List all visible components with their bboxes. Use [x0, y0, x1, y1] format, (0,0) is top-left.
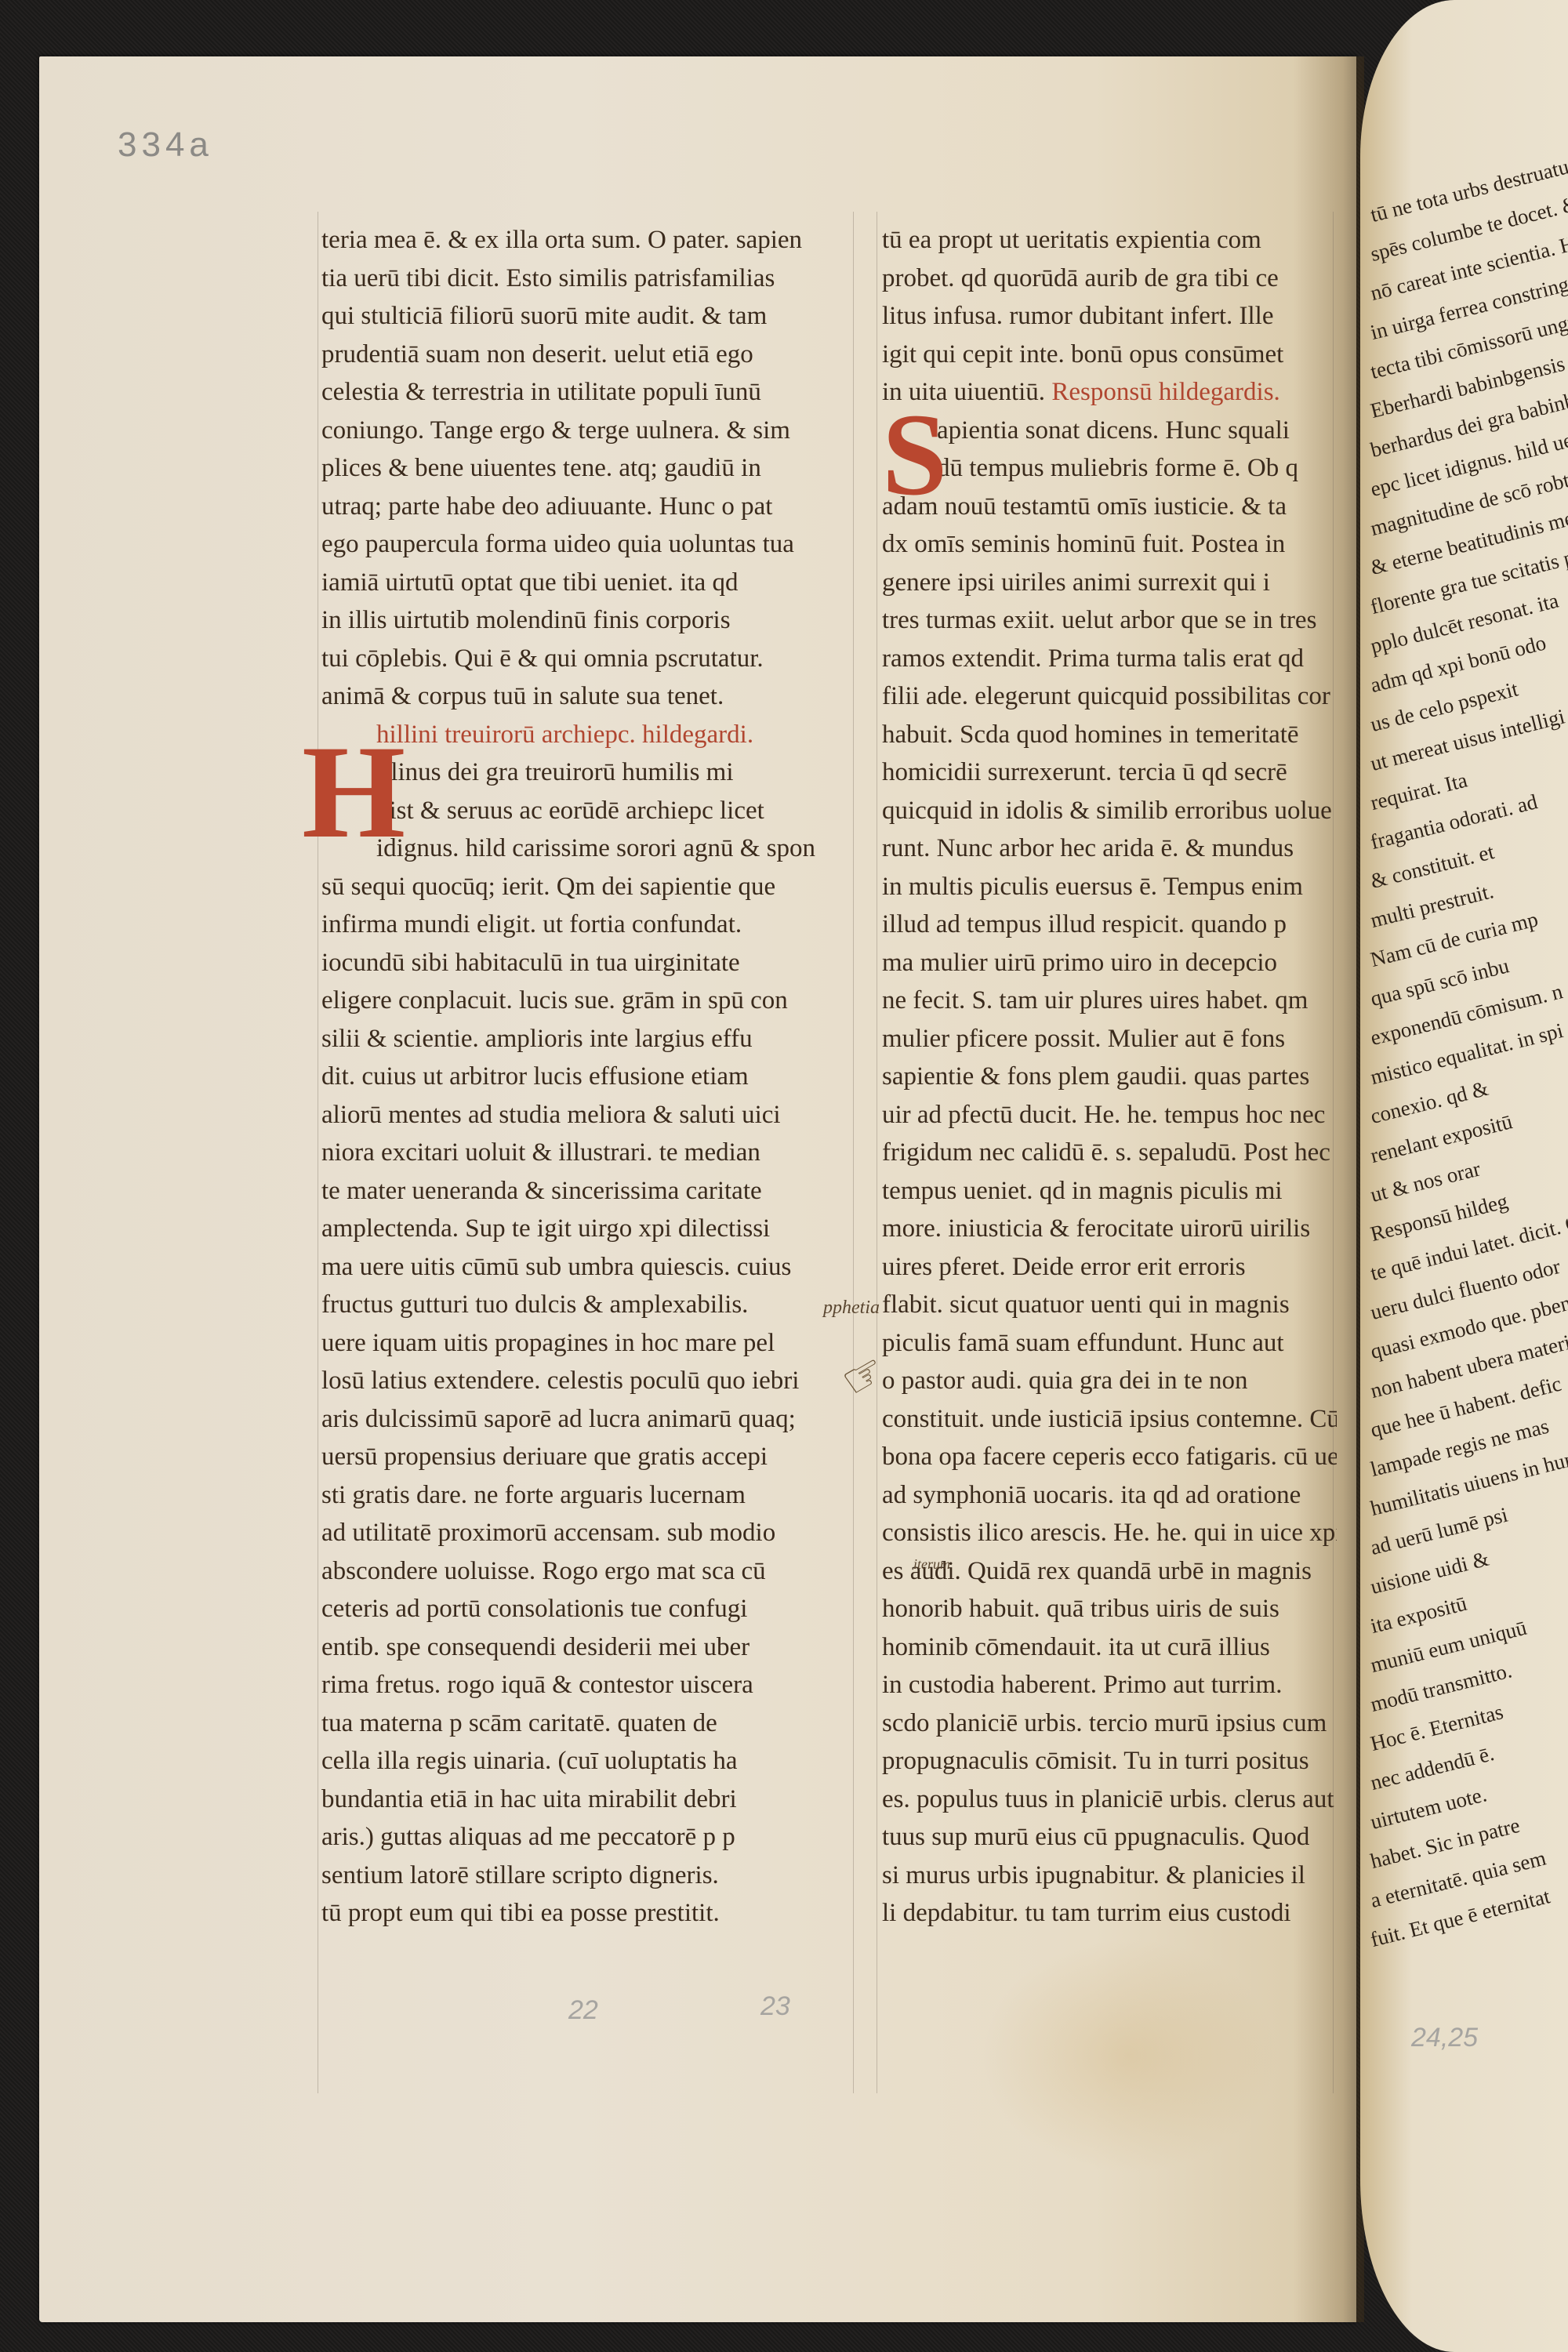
text-line: utraq; parte habe deo adiuuante. Hunc o …	[321, 488, 839, 526]
folio-number: 334a	[118, 125, 213, 165]
text-line: filii ade. elegerunt quicquid possibilit…	[882, 677, 1337, 716]
text-line: ma mulier uirū primo uiro in decepcio	[882, 944, 1337, 982]
text-line: tui cōplebis. Qui ē & qui omnia pscrutat…	[321, 640, 839, 678]
text-line: aris dulcissimū saporē ad lucra animarū …	[321, 1400, 839, 1439]
text-line: ad symphoniā uocaris. ita qd ad oratione	[882, 1476, 1337, 1515]
text-line: in multis piculis euersus ē. Tempus enim	[882, 868, 1337, 906]
text-line: bundantia etiā in hac uita mirabilit deb…	[321, 1780, 839, 1819]
pencil-number: 22	[568, 1995, 598, 2026]
text-line: ma uere uitis cūmū sub umbra quiescis. c…	[321, 1248, 839, 1287]
water-stain	[980, 1938, 1278, 2173]
text-line: propugnaculis cōmisit. Tu in turri posit…	[882, 1742, 1337, 1780]
marginal-note: pphetia	[823, 1298, 880, 1319]
text-line: frigidum nec calidū ē. s. sepaludū. Post…	[882, 1134, 1337, 1172]
text-line: te mater ueneranda & sincerissima carita…	[321, 1172, 839, 1210]
text-line: mulier pficere possit. Mulier aut ē fons	[882, 1020, 1337, 1058]
text-line: habuit. Scda quod homines in temeritatē	[882, 716, 1337, 754]
text-line: celestia & terrestria in utilitate popul…	[321, 373, 839, 412]
pencil-number: 24,25	[1411, 2023, 1478, 2053]
text-line: plices & bene uiuentes tene. atq; gaudiū…	[321, 449, 839, 488]
text-line: qui stulticiā filiorū suorū mite audit. …	[321, 297, 839, 336]
text-line: abscondere uoluisse. Rogo ergo mat sca c…	[321, 1552, 839, 1591]
text-line: in uita uiuentiū. Responsū hildegardis.	[882, 373, 1337, 412]
text-line: uir ad pfectū ducit. He. he. tempus hoc …	[882, 1096, 1337, 1134]
text-line: sti gratis dare. ne forte arguaris lucer…	[321, 1476, 839, 1515]
text-line: uires pferet. Deide error erit erroris	[882, 1248, 1337, 1287]
text-line: ramos extendit. Prima turma talis erat q…	[882, 640, 1337, 678]
text-line: iamiā uirtutū optat que tibi ueniet. ita…	[321, 564, 839, 602]
text-line: niora excitari uoluit & illustrari. te m…	[321, 1134, 839, 1172]
text-line: dx omīs seminis hominū fuit. Postea in	[882, 525, 1337, 564]
text-line: tempus ueniet. qd in magnis piculis mi	[882, 1172, 1337, 1210]
text-column-b: tū ea propt ut ueritatis expientia compr…	[882, 221, 1337, 1933]
text-line: hominib cōmendauit. ita ut curā illius	[882, 1628, 1337, 1667]
text-line: sū sequi quocūq; ierit. Qm dei sapientie…	[321, 868, 839, 906]
text-line: prudentiā suam non deserit. uelut etiā e…	[321, 336, 839, 374]
ruling-line	[877, 212, 877, 2093]
text-line: tres turmas exiit. uelut arbor que se in…	[882, 601, 1337, 640]
text-line: illud ad tempus illud respicit. quando p	[882, 906, 1337, 944]
text-line: constituit. unde iusticiā ipsius contemn…	[882, 1400, 1337, 1439]
text-line: silii & scientie. amplioris inte largius…	[321, 1020, 839, 1058]
text-line: litus infusa. rumor dubitant infert. Ill…	[882, 297, 1337, 336]
text-line: entib. spe consequendi desiderii mei ube…	[321, 1628, 839, 1667]
text-line: aliorū mentes ad studia meliora & saluti…	[321, 1096, 839, 1134]
text-line: teria mea ē. & ex illa orta sum. O pater…	[321, 221, 839, 260]
text-line: homicidii surrexerunt. tercia ū qd secrē	[882, 753, 1337, 792]
text-line: tū propt eum qui tibi ea posse prestitit…	[321, 1894, 839, 1933]
text-line: in custodia haberent. Primo aut turrim.	[882, 1666, 1337, 1704]
text-line: iocundū sibi habitaculū in tua uirginita…	[321, 944, 839, 982]
text-line: uersū propensius deriuare que gratis acc…	[321, 1438, 839, 1476]
text-line: si murus urbis ipugnabitur. & planicies …	[882, 1857, 1337, 1895]
text-line: animā & corpus tuū in salute sua tenet.	[321, 677, 839, 716]
text-line: runt. Nunc arbor hec arida ē. & mundus	[882, 829, 1337, 868]
rubric-heading: Responsū hildegardis.	[1045, 378, 1280, 406]
decorated-initial-h: H	[302, 725, 405, 858]
text-line: ad utilitatē proximorū accensam. sub mod…	[321, 1514, 839, 1552]
text-line: in illis uirtutib molendinū finis corpor…	[321, 601, 839, 640]
text-line: tua materna p scām caritatē. quaten de	[321, 1704, 839, 1743]
text-line: more. iniusticia & ferocitate uirorū uir…	[882, 1210, 1337, 1248]
text-line: bona opa facere ceperis ecco fatigaris. …	[882, 1438, 1337, 1476]
text-column-a: teria mea ē. & ex illa orta sum. O pater…	[321, 221, 839, 1933]
text-line: cella illa regis uinaria. (cuī uoluptati…	[321, 1742, 839, 1780]
ruling-line	[853, 212, 854, 2093]
decorated-initial-s: S	[882, 396, 947, 514]
text-line: ceteris ad portū consolationis tue confu…	[321, 1590, 839, 1628]
text-line: o pastor audi. quia gra dei in te non	[882, 1362, 1337, 1400]
text-line: sentium latorē stillare scripto digneris…	[321, 1857, 839, 1895]
interlinear-note: iterum	[913, 1556, 950, 1573]
text-line: probet. qd quorūdā aurib de gra tibi ce	[882, 260, 1337, 298]
text-line: fructus gutturi tuo dulcis & amplexabili…	[321, 1286, 839, 1324]
ruling-line	[318, 212, 318, 2093]
text-line: dū tempus muliebris forme ē. Ob q	[882, 449, 1337, 488]
text-line: igit qui cepit inte. bonū opus consūmet	[882, 336, 1337, 374]
text-line: amplectenda. Sup te igit uirgo xpi dilec…	[321, 1210, 839, 1248]
text-line: tia uerū tibi dicit. Esto similis patris…	[321, 260, 839, 298]
text-line: uere iquam uitis propagines in hoc mare …	[321, 1324, 839, 1363]
text-line: piculis famā suam effundunt. Hunc aut	[882, 1324, 1337, 1363]
text-line: flabit. sicut quatuor uenti qui in magni…	[882, 1286, 1337, 1324]
text-line: sapientie & fons plem gaudii. quas parte…	[882, 1058, 1337, 1096]
text-line: rima fretus. rogo iquā & contestor uisce…	[321, 1666, 839, 1704]
text-line: honorib habuit. quā tribus uiris de suis	[882, 1590, 1337, 1628]
text-line: infirma mundi eligit. ut fortia confunda…	[321, 906, 839, 944]
pencil-number: 23	[760, 1991, 790, 2022]
text-line: tuus sup murū eius cū ppugnaculis. Quod	[882, 1818, 1337, 1857]
text-line: apientia sonat dicens. Hunc squali	[882, 412, 1337, 450]
text-line: dit. cuius ut arbitror lucis effusione e…	[321, 1058, 839, 1096]
text-line: ne fecit. S. tam uir plures uires habet.…	[882, 982, 1337, 1020]
text-line: consistis ilico arescis. He. he. qui in …	[882, 1514, 1337, 1552]
text-line: ego paupercula forma uideo quia uoluntas…	[321, 525, 839, 564]
text-line: es. populus tuus in planiciē urbis. cler…	[882, 1780, 1337, 1819]
text-line: losū latius extendere. celestis poculū q…	[321, 1362, 839, 1400]
text-line: coniungo. Tange ergo & terge uulnera. & …	[321, 412, 839, 450]
text-line: eligere conplacuit. lucis sue. grām in s…	[321, 982, 839, 1020]
text-line: es audi. Quidā rex quandā urbē in magnis	[882, 1552, 1337, 1591]
text-line: tū ea propt ut ueritatis expientia com	[882, 221, 1337, 260]
text-line: genere ipsi uiriles animi surrexit qui i	[882, 564, 1337, 602]
text-line: aris.) guttas aliquas ad me peccatorē p …	[321, 1818, 839, 1857]
text-line: quicquid in idolis & similib erroribus u…	[882, 792, 1337, 830]
text-line: scdo planiciē urbis. tercio murū ipsius …	[882, 1704, 1337, 1743]
text-line: adam nouū testamtū omīs iusticie. & ta	[882, 488, 1337, 526]
text-line: li depdabitur. tu tam turrim eius custod…	[882, 1894, 1337, 1933]
